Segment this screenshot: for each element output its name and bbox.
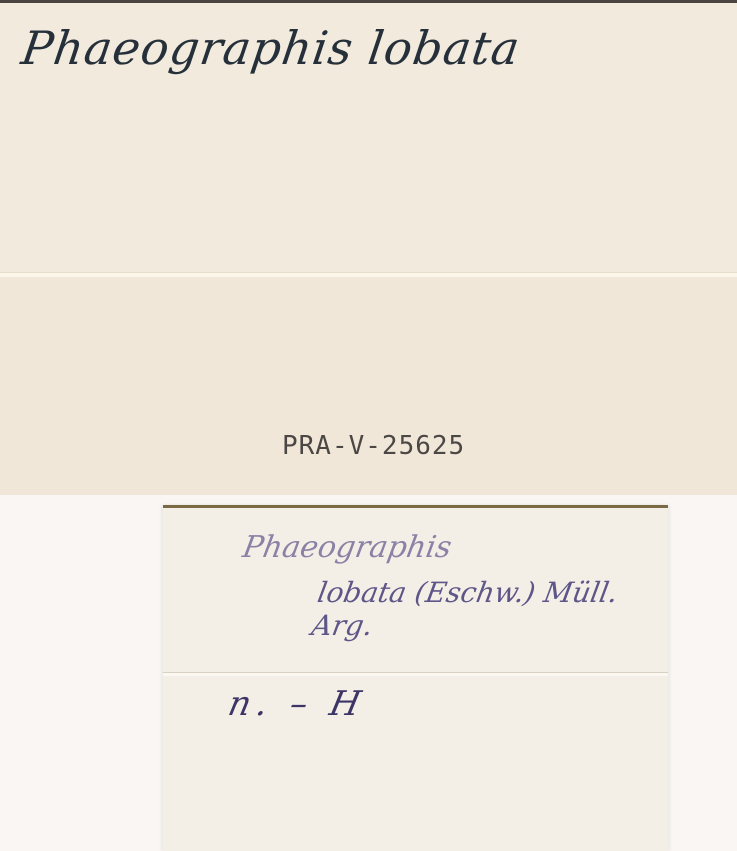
envelope-lower-flap xyxy=(0,277,737,495)
packet-handwritten-species: lobata (Eschw.) Müll. Arg. xyxy=(309,576,674,642)
packet-fold-line xyxy=(163,673,668,676)
specimen-packet: Phaeographis lobata (Eschw.) Müll. Arg. … xyxy=(163,505,668,851)
herbarium-envelope: Phaeographis lobata PRA-V-25625 xyxy=(0,0,737,492)
envelope-handwritten-title: Phaeographis lobata xyxy=(18,21,524,75)
packet-handwritten-genus: Phaeographis xyxy=(240,530,454,565)
specimen-code-stamp: PRA-V-25625 xyxy=(282,431,465,461)
packet-handwritten-note: n. – H xyxy=(225,684,370,724)
